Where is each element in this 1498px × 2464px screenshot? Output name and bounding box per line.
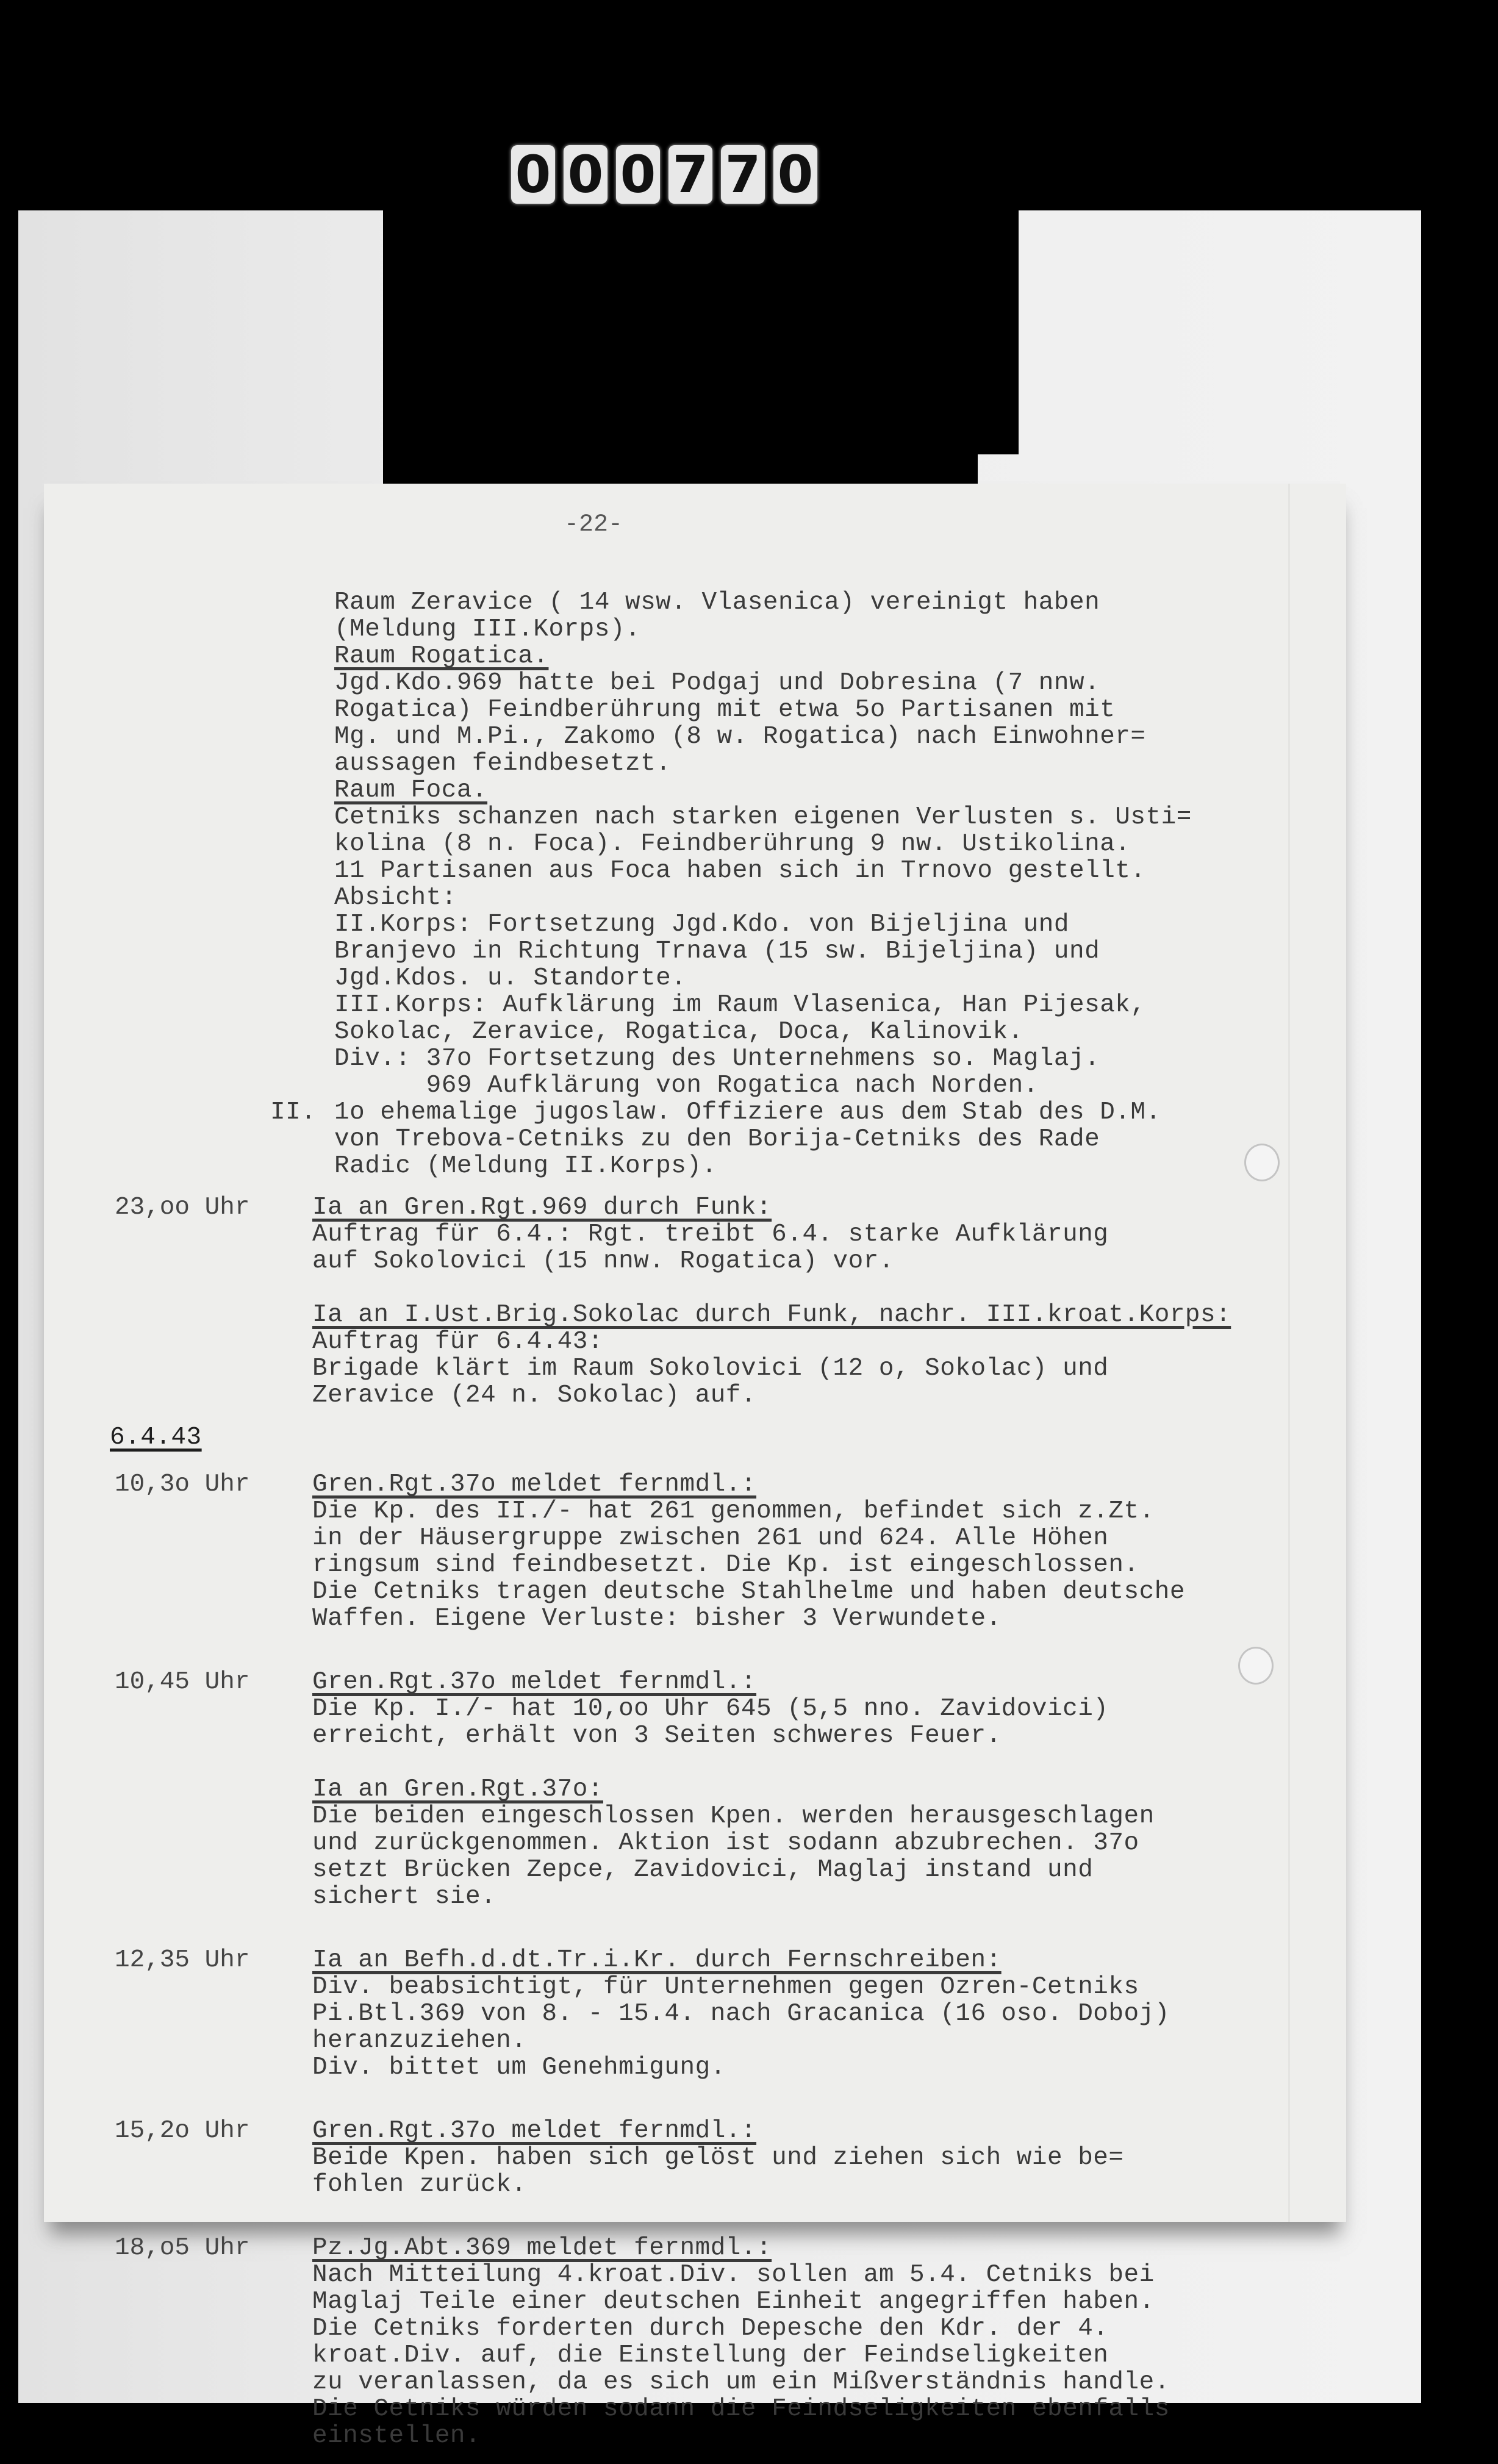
counter-digit: 0	[564, 145, 607, 204]
date-heading: 6.4.43	[110, 1424, 202, 1451]
text-line: kolina (8 n. Foca). Feindberührung 9 nw.…	[334, 831, 1192, 858]
entry-heading: Pz.Jg.Abt.369 meldet fernmdl.:	[312, 2235, 1170, 2262]
text-line: Div.: 37o Fortsetzung des Unternehmens s…	[334, 1045, 1192, 1072]
clip-strip	[976, 210, 1019, 454]
text-line: heranzuziehen.	[312, 2027, 1170, 2054]
text-line: III.Korps: Aufklärung im Raum Vlasenica,…	[334, 992, 1192, 1019]
text-line: Pi.Btl.369 von 8. - 15.4. nach Gracanica…	[312, 2000, 1170, 2027]
log-entry-block: Ia an Gren.Rgt.37o:Die beiden eingeschlo…	[312, 1776, 1155, 1910]
text-line: Div. beabsichtigt, für Unternehmen gegen…	[312, 1974, 1170, 2000]
text-line: 969 Aufklärung von Rogatica nach Norden.	[334, 1072, 1192, 1099]
text-line: Beide Kpen. haben sich gelöst und ziehen…	[312, 2144, 1124, 2171]
text-line: 11 Partisanen aus Foca haben sich in Trn…	[334, 858, 1192, 884]
counter-digit: 0	[616, 145, 660, 204]
entry-heading: Gren.Rgt.37o meldet fernmdl.:	[312, 1471, 1185, 1498]
entry-heading: Gren.Rgt.37o meldet fernmdl.:	[312, 1669, 1108, 1696]
text-line: Auftrag für 6.4.43:	[312, 1328, 1231, 1355]
text-line: Die beiden eingeschlossen Kpen. werden h…	[312, 1803, 1155, 1830]
entry-heading: Ia an Befh.d.dt.Tr.i.Kr. durch Fernschre…	[312, 1947, 1170, 1974]
log-entry-block: Ia an Befh.d.dt.Tr.i.Kr. durch Fernschre…	[312, 1947, 1170, 2081]
text-line: einstellen.	[312, 2423, 1170, 2449]
entry-time: 12,35 Uhr	[115, 1947, 249, 1974]
text-line: (Meldung III.Korps).	[334, 616, 1192, 643]
log-entry-block: Gren.Rgt.37o meldet fernmdl.:Die Kp. des…	[312, 1471, 1185, 1632]
text-line: Rogatica) Feindberührung mit etwa 5o Par…	[334, 697, 1192, 723]
page-number: -22-	[564, 511, 623, 539]
text-line: Branjevo in Richtung Trnava (15 sw. Bije…	[334, 938, 1192, 965]
section-marker: II.	[270, 1099, 316, 1126]
text-line: auf Sokolovici (15 nnw. Rogatica) vor.	[312, 1248, 1108, 1275]
frame-counter: 0 0 0 7 7 0	[511, 145, 817, 204]
entry-heading: Ia an Gren.Rgt.969 durch Funk:	[312, 1194, 1108, 1221]
entry-heading: Gren.Rgt.37o meldet fernmdl.:	[312, 2118, 1124, 2144]
log-entry-block: Gren.Rgt.37o meldet fernmdl.:Die Kp. I./…	[312, 1669, 1108, 1749]
text-line: Zeravice (24 n. Sokolac) auf.	[312, 1382, 1231, 1409]
text-line: Nach Mitteilung 4.kroat.Div. sollen am 5…	[312, 2262, 1170, 2288]
entry-heading: Ia an Gren.Rgt.37o:	[312, 1776, 1155, 1803]
text-line: zu veranlassen, da es sich um ein Mißver…	[312, 2369, 1170, 2396]
text-line: Waffen. Eigene Verluste: bisher 3 Verwun…	[312, 1605, 1185, 1632]
text-line: in der Häusergruppe zwischen 261 und 624…	[312, 1525, 1185, 1552]
log-entry-block: Pz.Jg.Abt.369 meldet fernmdl.:Nach Mitte…	[312, 2235, 1170, 2449]
text-line: Jgd.Kdos. u. Standorte.	[334, 965, 1192, 992]
counter-digit: 0	[511, 145, 555, 204]
punch-hole	[1238, 1647, 1274, 1685]
continuation-text: Raum Zeravice ( 14 wsw. Vlasenica) verei…	[334, 589, 1192, 1099]
entry-time: 15,2o Uhr	[115, 2118, 249, 2144]
text-line: Die Cetniks würden sodann die Feindselig…	[312, 2396, 1170, 2423]
text-line: 1o ehemalige jugoslaw. Offiziere aus dem…	[334, 1099, 1161, 1126]
text-line: von Trebova-Cetniks zu den Borija-Cetnik…	[334, 1126, 1161, 1153]
log-entry-block: Ia an I.Ust.Brig.Sokolac durch Funk, nac…	[312, 1302, 1231, 1409]
text-line: Maglaj Teile einer deutschen Einheit ang…	[312, 2288, 1170, 2315]
text-line: Die Cetniks forderten durch Depesche den…	[312, 2315, 1170, 2342]
text-line: Radic (Meldung II.Korps).	[334, 1153, 1161, 1180]
text-line: Raum Foca.	[334, 777, 1192, 804]
text-line: Absicht:	[334, 884, 1192, 911]
text-line: Die Kp. I./- hat 10,oo Uhr 645 (5,5 nno.…	[312, 1696, 1108, 1722]
entry-time: 23,oo Uhr	[115, 1194, 249, 1221]
counter-digit: 7	[668, 145, 712, 204]
fold-line	[1288, 484, 1290, 2222]
log-entry-block: Gren.Rgt.37o meldet fernmdl.:Beide Kpen.…	[312, 2118, 1124, 2198]
text-line: Brigade klärt im Raum Sokolovici (12 o, …	[312, 1355, 1231, 1382]
text-line: kroat.Div. auf, die Einstellung der Fein…	[312, 2342, 1170, 2369]
text-line: Raum Zeravice ( 14 wsw. Vlasenica) verei…	[334, 589, 1192, 616]
text-line: II.Korps: Fortsetzung Jgd.Kdo. von Bijel…	[334, 911, 1192, 938]
text-line: Die Cetniks tragen deutsche Stahlhelme u…	[312, 1578, 1185, 1605]
text-line: Cetniks schanzen nach starken eigenen Ve…	[334, 804, 1192, 831]
text-line: ringsum sind feindbesetzt. Die Kp. ist e…	[312, 1552, 1185, 1578]
punch-hole	[1244, 1144, 1280, 1181]
text-line: Auftrag für 6.4.: Rgt. treibt 6.4. stark…	[312, 1221, 1108, 1248]
counter-digit: 7	[721, 145, 765, 204]
text-line: Jgd.Kdo.969 hatte bei Podgaj und Dobresi…	[334, 670, 1192, 697]
log-entry-block: Ia an Gren.Rgt.969 durch Funk:Auftrag fü…	[312, 1194, 1108, 1275]
section-ii-text: 1o ehemalige jugoslaw. Offiziere aus dem…	[334, 1099, 1161, 1180]
entry-time: 10,3o Uhr	[115, 1471, 249, 1498]
entry-time: 10,45 Uhr	[115, 1669, 249, 1696]
text-line: sichert sie.	[312, 1883, 1155, 1910]
text-line: setzt Brücken Zepce, Zavidovici, Maglaj …	[312, 1857, 1155, 1883]
text-line: und zurückgenommen. Aktion ist sodann ab…	[312, 1830, 1155, 1857]
text-line: erreicht, erhält von 3 Seiten schweres F…	[312, 1722, 1108, 1749]
text-line: Raum Rogatica.	[334, 643, 1192, 670]
counter-digit: 0	[773, 145, 817, 204]
entry-heading: Ia an I.Ust.Brig.Sokolac durch Funk, nac…	[312, 1302, 1231, 1328]
text-line: Die Kp. des II./- hat 261 genommen, befi…	[312, 1498, 1185, 1525]
text-line: Div. bittet um Genehmigung.	[312, 2054, 1170, 2081]
entry-time: 18,o5 Uhr	[115, 2235, 249, 2262]
text-line: fohlen zurück.	[312, 2171, 1124, 2198]
text-line: Mg. und M.Pi., Zakomo (8 w. Rogatica) na…	[334, 723, 1192, 750]
text-line: aussagen feindbesetzt.	[334, 750, 1192, 777]
text-line: Sokolac, Zeravice, Rogatica, Doca, Kalin…	[334, 1019, 1192, 1045]
